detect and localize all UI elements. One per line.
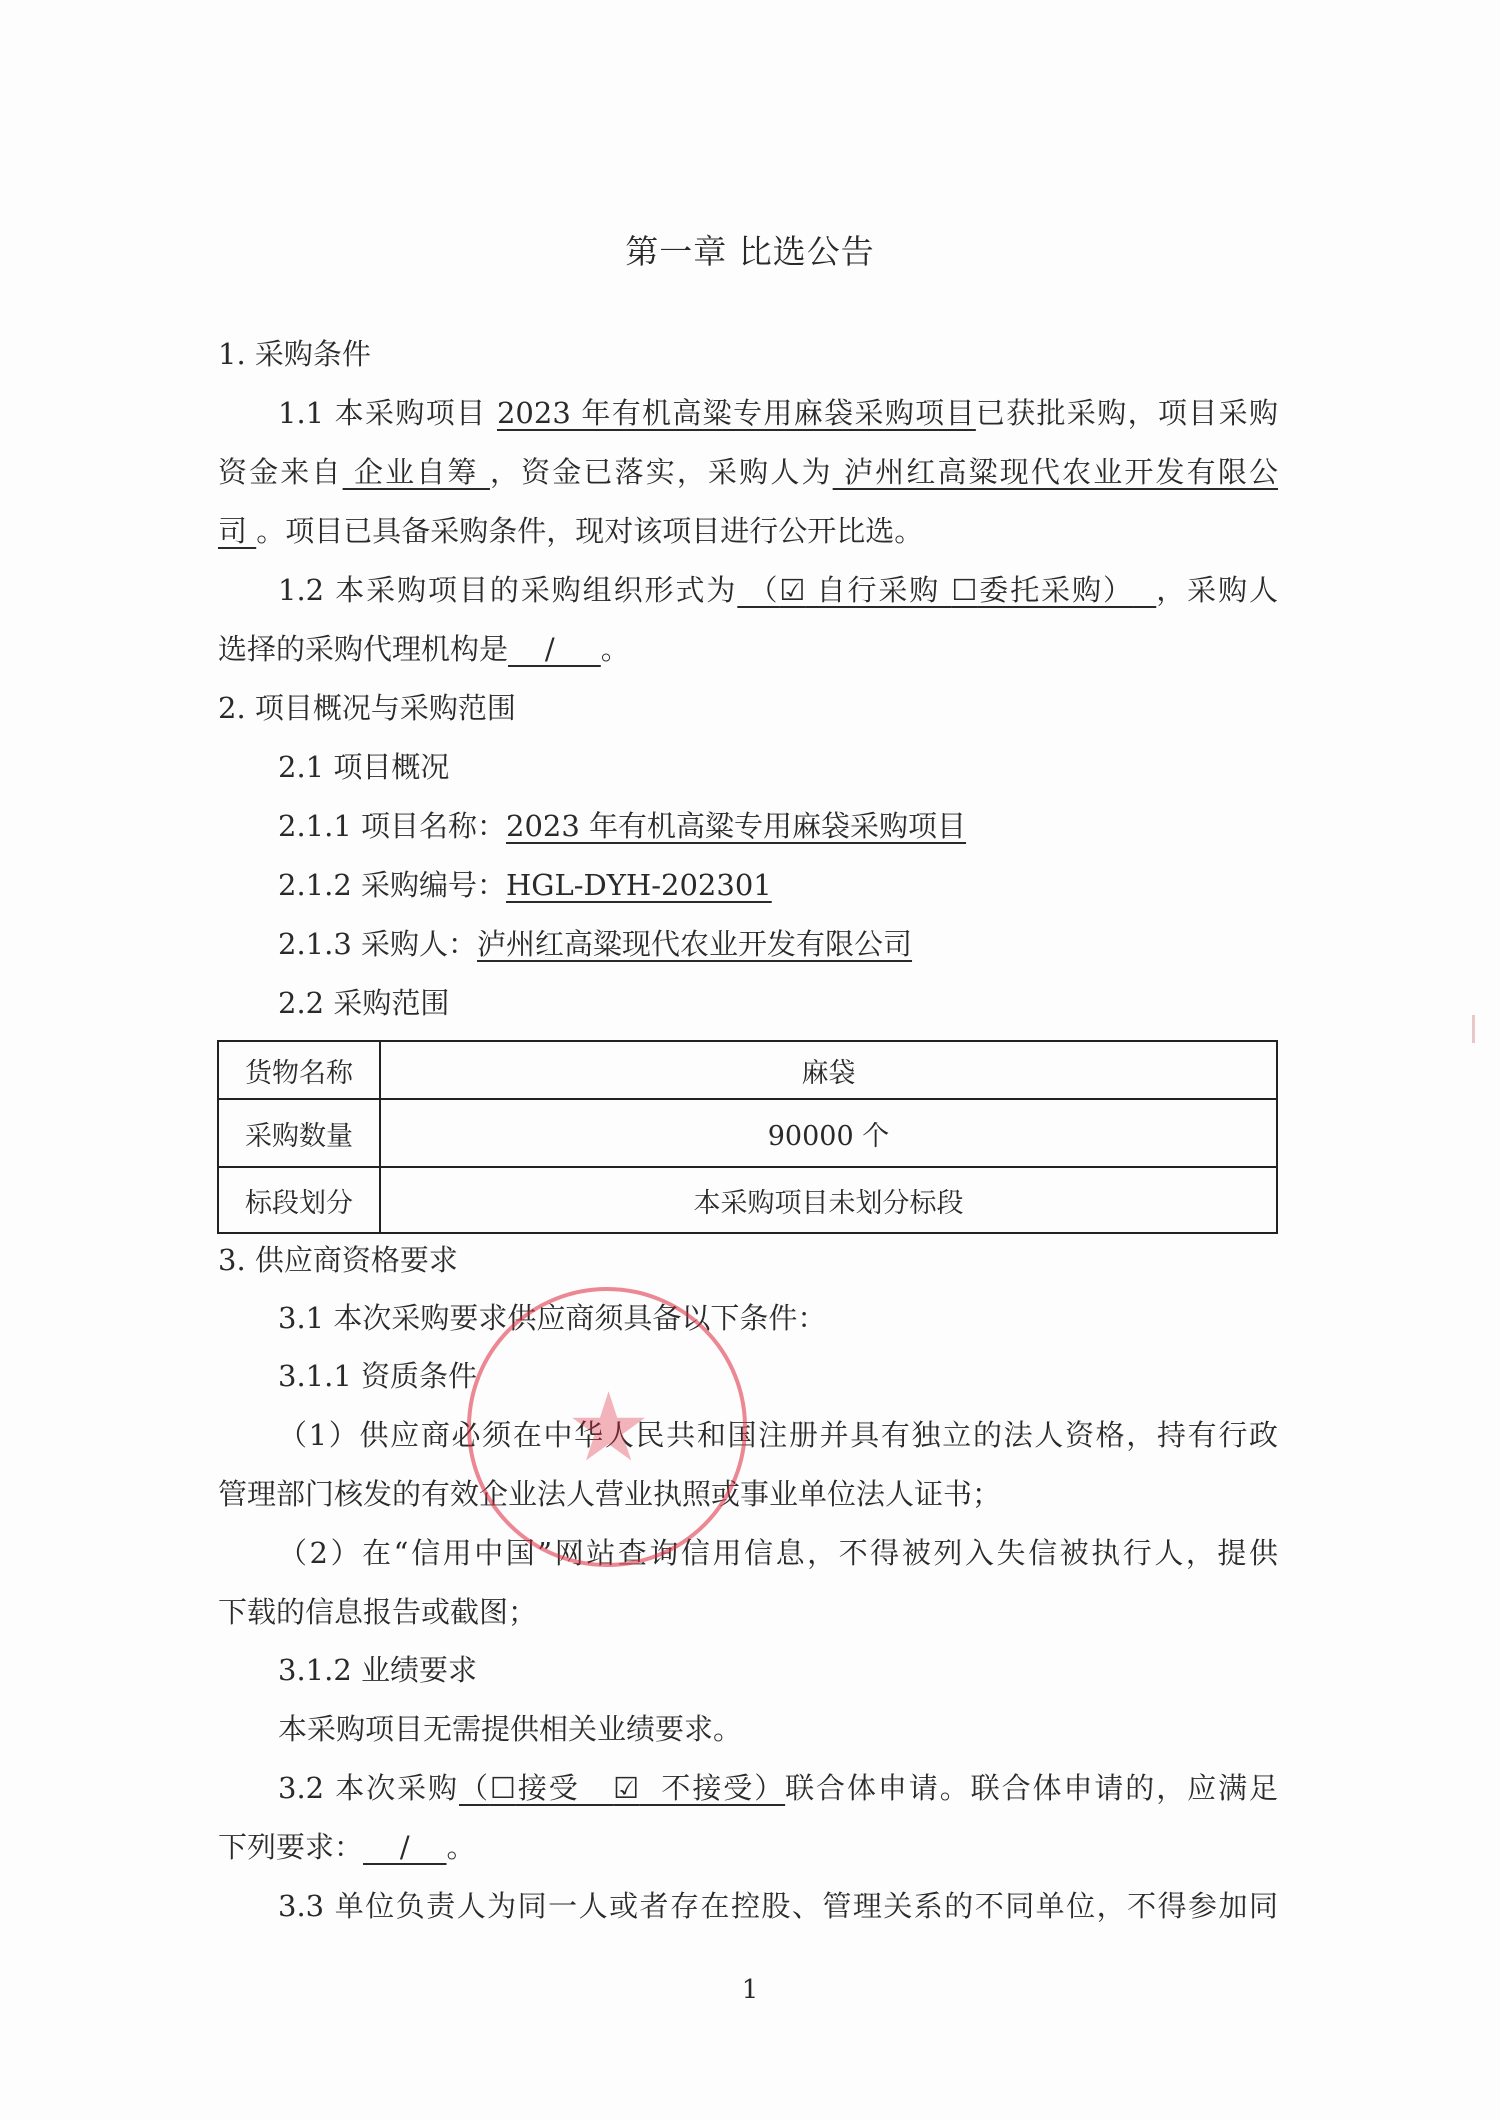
requirement-1-line1: （1）供应商必须在中华人民共和国注册并具有独立的法人资格，持有行政: [278, 1415, 1278, 1455]
text: 下列要求：: [218, 1830, 363, 1864]
table-row: 采购数量 90000 个: [218, 1099, 1277, 1167]
label: 2.1.2 采购编号：: [278, 868, 506, 902]
section-1-1-line1: 1.1 本采购项目 2023 年有机高粱专用麻袋采购项目已获批采购，项目采购: [278, 393, 1278, 433]
self-procure-label: 自行采购: [805, 573, 951, 607]
label: 2.1.3 采购人：: [278, 927, 477, 961]
text: 已获批采购，项目采购: [976, 396, 1278, 430]
purchaser-value: 泸州红高粱现代农业开发有限公司: [477, 927, 912, 961]
text: 1.2 本采购项目的采购组织形式为: [278, 573, 737, 607]
project-name-row: 2.1.1 项目名称：2023 年有机高粱专用麻袋采购项目: [278, 806, 1278, 846]
requirement-1-line2: 管理部门核发的有效企业法人营业执照或事业单位法人证书；: [218, 1474, 1278, 1514]
section-3-1-2-heading: 3.1.2 业绩要求: [278, 1650, 1278, 1690]
procurement-number-row: 2.1.2 采购编号：HGL-DYH-202301: [278, 865, 1278, 905]
section-1-2-line1: 1.2 本采购项目的采购组织形式为 （☑ 自行采购 ☐委托采购） ，采购人: [278, 570, 1278, 610]
page-number: 1: [0, 1975, 1500, 2005]
label: 2.1.1 项目名称：: [278, 809, 506, 843]
text: 。: [447, 1830, 476, 1864]
section-2-heading: 2. 项目概况与采购范围: [218, 688, 1278, 728]
project-name-value: 2023 年有机高粱专用麻袋采购项目: [506, 809, 966, 843]
text: 资金来自: [218, 455, 343, 489]
text: 。: [601, 632, 630, 666]
scan-edge-mark: [1472, 1015, 1475, 1043]
purchaser-row: 2.1.3 采购人：泸州红高粱现代农业开发有限公司: [278, 924, 1278, 964]
table-key: 采购数量: [218, 1099, 380, 1167]
document-page: 第一章 比选公告 1. 采购条件 1.1 本采购项目 2023 年有机高粱专用麻…: [0, 0, 1500, 2120]
text: ，资金已落实，采购人为: [490, 455, 833, 489]
agency-field: /: [508, 632, 601, 666]
accept-checkbox-icon: ☐: [490, 1771, 516, 1805]
text: 。项目已具备采购条件，现对该项目进行公开比选。: [256, 514, 923, 548]
procurement-scope-table: 货物名称 麻袋 采购数量 90000 个 标段划分 本采购项目未划分标段: [217, 1040, 1278, 1234]
requirement-2-line1: （2）在“信用中国”网站查询信用信息，不得被列入失信被执行人，提供: [278, 1533, 1278, 1573]
text: 1.1 本采购项目: [278, 396, 497, 430]
table-key: 标段划分: [218, 1167, 380, 1233]
text: 选择的采购代理机构是: [218, 632, 508, 666]
performance-requirement-text: 本采购项目无需提供相关业绩要求。: [278, 1709, 1278, 1749]
entrusted-procure-checkbox-icon: ☐: [951, 573, 977, 607]
entrusted-procure-label: 委托采购）: [977, 573, 1134, 607]
chapter-title: 第一章 比选公告: [0, 228, 1500, 276]
project-name-field: 2023 年有机高粱专用麻袋采购项目: [497, 396, 976, 430]
accept-label: 接受: [516, 1771, 613, 1805]
section-1-heading: 1. 采购条件: [218, 334, 1278, 374]
table-row: 货物名称 麻袋: [218, 1041, 1277, 1099]
section-3-1-text: 3.1 本次采购要求供应商须具备以下条件：: [278, 1298, 1278, 1338]
purchaser-field: 泸州红高粱现代农业开发有限公: [833, 455, 1278, 489]
requirement-2-line2: 下载的信息报告或截图；: [218, 1592, 1278, 1632]
table-key: 货物名称: [218, 1041, 380, 1099]
table-value: 麻袋: [380, 1041, 1277, 1099]
text: （: [737, 573, 779, 607]
fund-source-field: 企业自筹: [343, 455, 490, 489]
reject-label: 不接受）: [639, 1771, 785, 1805]
section-1-1-line3: 司 。项目已具备采购条件，现对该项目进行公开比选。: [218, 511, 1278, 551]
consortium-option-field: （☐接受 ☑ 不接受）: [459, 1771, 785, 1805]
table-row: 标段划分 本采购项目未划分标段: [218, 1167, 1277, 1233]
text: ，采购人: [1156, 573, 1278, 607]
text: （: [459, 1771, 490, 1805]
section-1-2-line2: 选择的采购代理机构是 / 。: [218, 629, 1278, 669]
reject-checkbox-icon: ☑: [613, 1771, 639, 1805]
procurement-number-value: HGL-DYH-202301: [506, 868, 772, 902]
section-3-3-text: 3.3 单位负责人为同一人或者存在控股、管理关系的不同单位，不得参加同: [278, 1886, 1278, 1926]
self-procure-checkbox-icon: ☑: [779, 573, 805, 607]
section-3-2-line1: 3.2 本次采购（☐接受 ☑ 不接受）联合体申请。联合体申请的，应满足: [278, 1768, 1278, 1808]
section-1-1-line2: 资金来自 企业自筹 ，资金已落实，采购人为 泸州红高粱现代农业开发有限公: [218, 452, 1278, 492]
section-3-2-line2: 下列要求： / 。: [218, 1827, 1278, 1867]
section-2-2-heading: 2.2 采购范围: [278, 983, 1278, 1023]
purchaser-field-cont: 司: [218, 514, 256, 548]
text: 3.2 本次采购: [278, 1771, 459, 1805]
table-value: 本采购项目未划分标段: [380, 1167, 1277, 1233]
section-2-1-heading: 2.1 项目概况: [278, 747, 1278, 787]
text: 联合体申请。联合体申请的，应满足: [785, 1771, 1278, 1805]
section-3-heading: 3. 供应商资格要求: [218, 1240, 1278, 1280]
section-3-1-1-heading: 3.1.1 资质条件: [278, 1356, 1278, 1396]
table-value: 90000 个: [380, 1099, 1277, 1167]
procurement-form-field: （☑ 自行采购 ☐委托采购）: [737, 573, 1156, 607]
consortium-requirement-field: /: [363, 1830, 447, 1864]
